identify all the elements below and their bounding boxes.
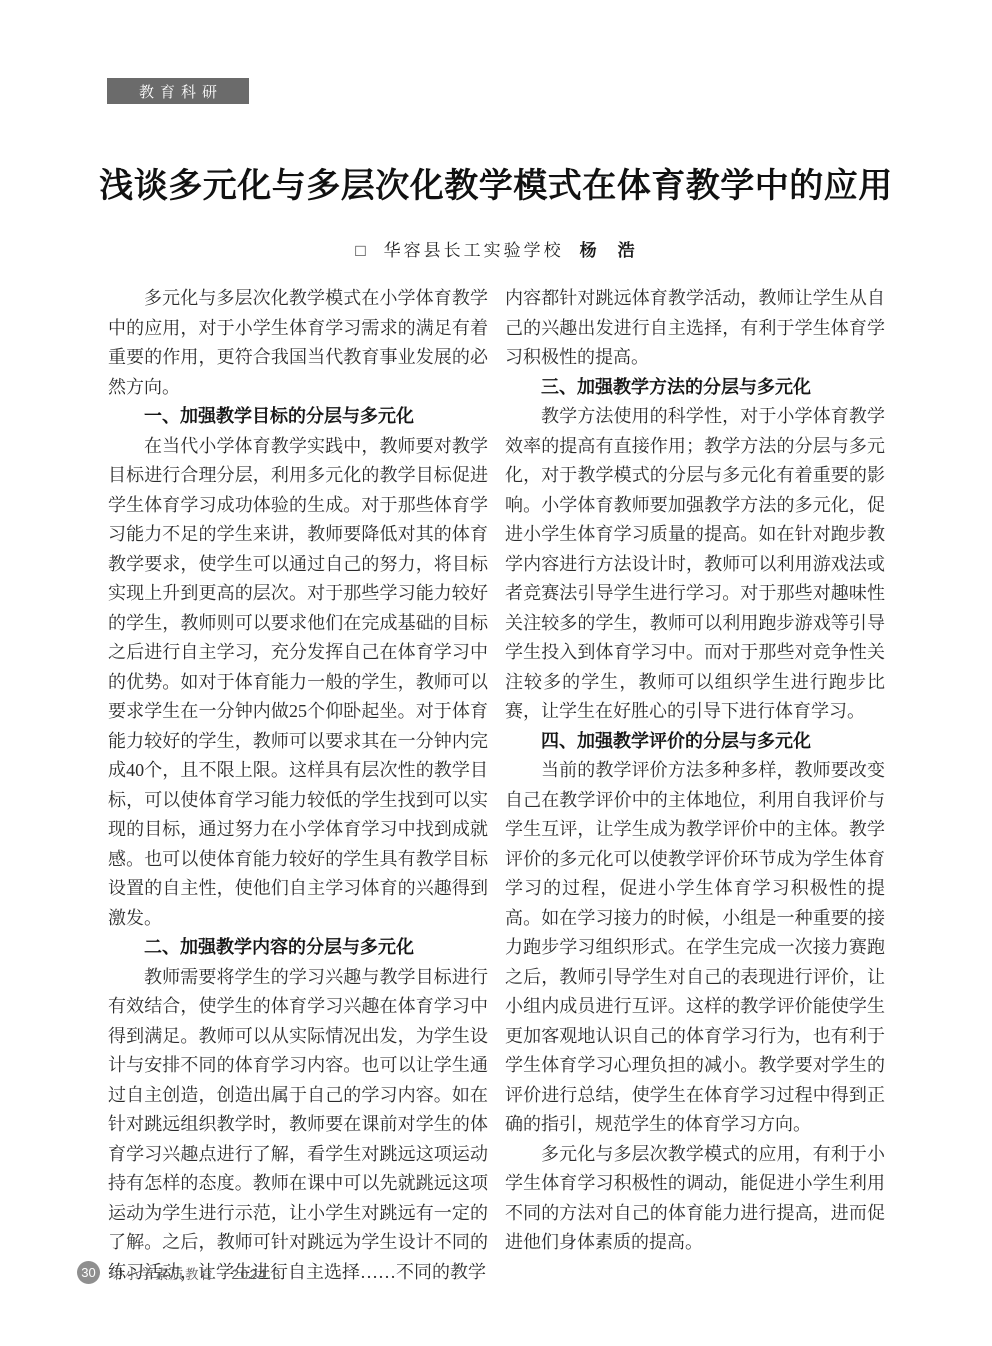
- page-footer: 30 中小学素质教育 · 2024.3: [77, 1261, 282, 1284]
- right-column: 内容都针对跳远体育教学活动，教师让学生从自己的兴趣出发进行自主选择，有利于学生体…: [505, 284, 885, 1287]
- article-title: 浅谈多元化与多层次化教学模式在体育教学中的应用: [0, 158, 992, 207]
- body-paragraph: 教师需要将学生的学习兴趣与教学目标进行有效结合，使学生的体育学习兴趣在体育学习中…: [108, 963, 488, 1288]
- byline-square-marker: □: [355, 241, 365, 260]
- section-heading: 一、加强教学目标的分层与多元化: [108, 402, 488, 432]
- body-paragraph: 教学方法使用的科学性，对于小学体育教学效率的提高有直接作用；教学方法的分层与多元…: [505, 402, 885, 727]
- section-heading: 四、加强教学评价的分层与多元化: [505, 727, 885, 757]
- section-heading: 二、加强教学内容的分层与多元化: [108, 933, 488, 963]
- left-column: 多元化与多层次化教学模式在小学体育教学中的应用，对于小学生体育学习需求的满足有着…: [108, 284, 488, 1287]
- body-paragraph: 在当代小学体育教学实践中，教师要对教学目标进行合理分层，利用多元化的教学目标促进…: [108, 432, 488, 934]
- page-number-badge: 30: [77, 1261, 100, 1284]
- journal-name: 中小学素质教育 · 2024.3: [110, 1263, 282, 1283]
- body-paragraph: 内容都针对跳远体育教学活动，教师让学生从自己的兴趣出发进行自主选择，有利于学生体…: [505, 284, 885, 373]
- journal-page: 教育科研 浅谈多元化与多层次化教学模式在体育教学中的应用 □华容县长工实验学校杨…: [0, 0, 992, 1346]
- byline: □华容县长工实验学校杨 浩: [0, 236, 992, 261]
- section-heading: 三、加强教学方法的分层与多元化: [505, 373, 885, 403]
- article-body: 多元化与多层次化教学模式在小学体育教学中的应用，对于小学生体育学习需求的满足有着…: [108, 284, 885, 1287]
- author-affiliation: 华容县长工实验学校: [384, 241, 564, 260]
- body-paragraph: 多元化与多层次教学模式的应用，有利于小学生体育学习积极性的调动，能促进小学生利用…: [505, 1140, 885, 1258]
- body-paragraph: 多元化与多层次化教学模式在小学体育教学中的应用，对于小学生体育学习需求的满足有着…: [108, 284, 488, 402]
- author-name: 杨 浩: [580, 241, 637, 260]
- category-badge: 教育科研: [107, 78, 249, 104]
- body-paragraph: 当前的教学评价方法多种多样，教师要改变自己在教学评价中的主体地位，利用自我评价与…: [505, 756, 885, 1140]
